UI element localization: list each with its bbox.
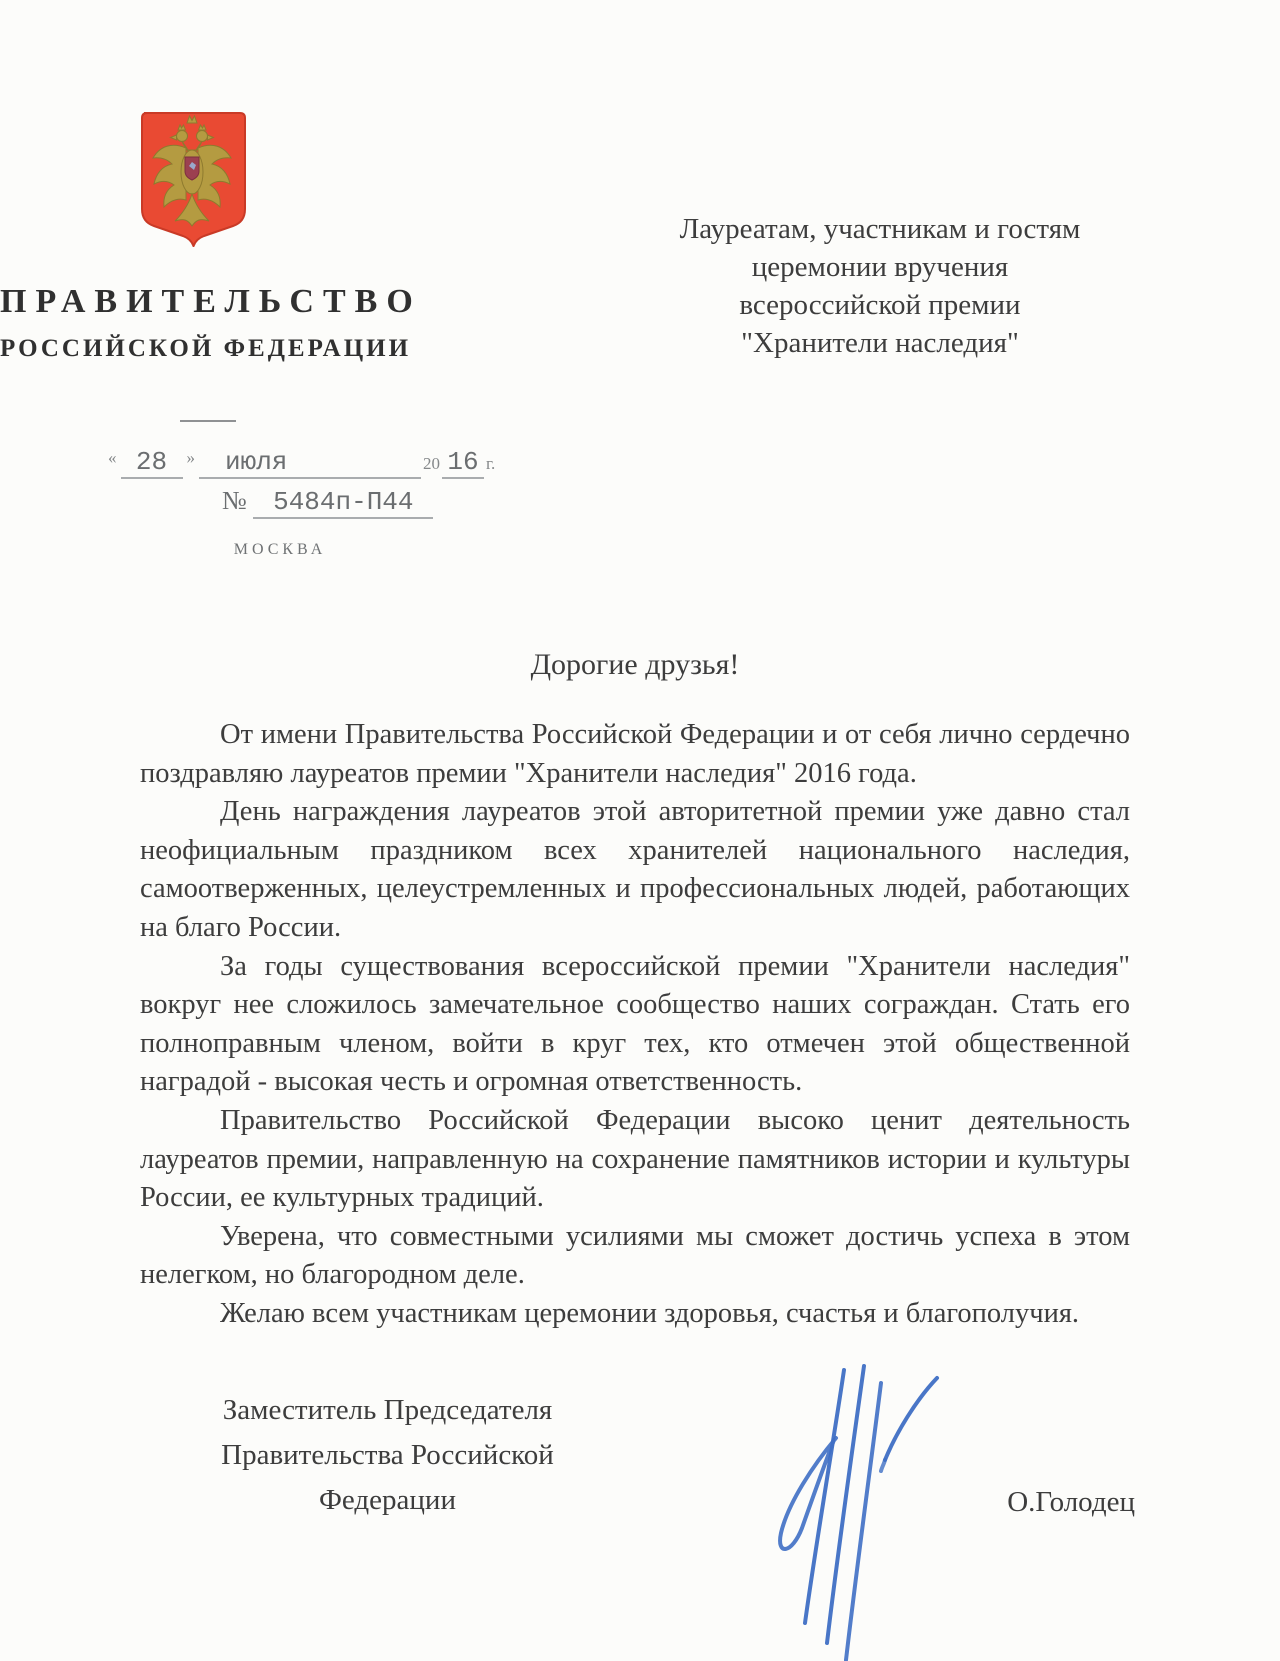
document-number-field: 5484п-П44 [253,487,433,519]
body-paragraph: День награждения лауреатов этой авторите… [140,793,1130,947]
open-quote: « [104,448,121,467]
russia-coat-of-arms-icon [136,110,248,247]
addressee-line: "Хранители наследия" [640,324,1120,362]
addressee-block: Лауреатам, участникам и гостям церемонии… [640,210,1120,362]
letterhead-divider [180,420,236,422]
salutation: Дорогие друзья! [140,648,1130,682]
date-line: «28»июля2016г. [104,446,524,479]
emblem-inner-shield [185,157,199,180]
year-suffix: г. [484,454,497,473]
date-month-field: июля [199,447,421,479]
body-paragraph: Уверена, что совместными усилиями мы смо… [140,1218,1130,1295]
handwritten-signature [748,1338,968,1661]
signer-title-line2: Правительства Российской Федерации [150,1433,625,1523]
addressee-line: церемонии вручения [640,248,1120,286]
date-year-field: 16 [442,447,484,479]
letter-body: От имени Правительства Российской Федера… [140,716,1130,1334]
body-paragraph: Правительство Российской Федерации высок… [140,1102,1130,1218]
letter-page: ПРАВИТЕЛЬСТВО РОССИЙСКОЙ ФЕДЕРАЦИИ «28»и… [0,0,1280,1661]
signer-title-block: Заместитель Председателя Правительства Р… [150,1388,625,1523]
org-name-line2: РОССИЙСКОЙ ФЕДЕРАЦИИ [0,335,390,363]
number-sign: № [222,486,247,515]
signer-name: О.Голодец [960,1486,1135,1519]
org-name-line1: ПРАВИТЕЛЬСТВО [0,283,390,321]
addressee-line: Лауреатам, участникам и гостям [640,210,1120,248]
year-prefix: 20 [421,454,442,473]
signer-title-line1: Заместитель Председателя [150,1388,625,1433]
body-paragraph: От имени Правительства Российской Федера… [140,716,1130,793]
addressee-line: всероссийской премии [640,286,1120,324]
date-day-field: 28 [121,447,183,479]
document-number-line: № 5484п-П44 [222,486,433,519]
body-paragraph: Желаю всем участникам церемонии здоровья… [140,1295,1130,1334]
city-label: МОСКВА [85,541,475,559]
close-quote: » [183,448,200,467]
body-paragraph: За годы существования всероссийской прем… [140,948,1130,1102]
